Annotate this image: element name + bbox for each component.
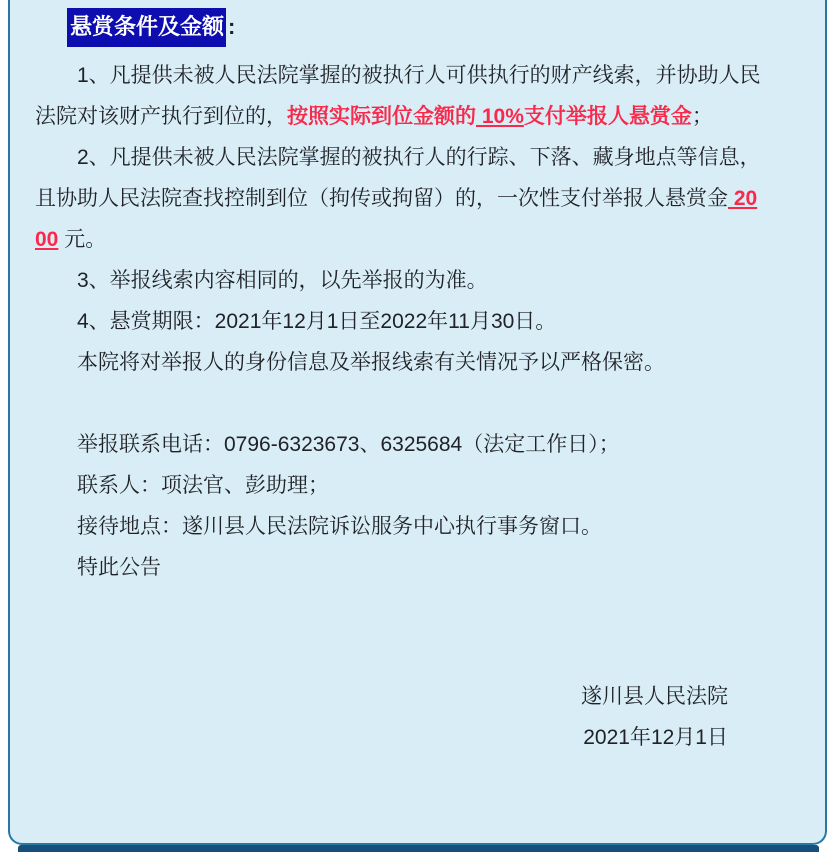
blank-line	[35, 383, 780, 424]
notice-paragraph: 本院将对举报人的身份信息及举报线索有关情况予以严格保密。	[35, 342, 780, 383]
heading-line: 悬赏条件及金额:	[67, 8, 780, 47]
notice-panel: 悬赏条件及金额: 1、凡提供未被人民法院掌握的被执行人可供执行的财产线索，并协助…	[8, 0, 827, 845]
signature-date: 2021年12月1日	[35, 717, 728, 758]
notice-body: 1、凡提供未被人民法院掌握的被执行人可供执行的财产线索，并协助人民法院对该财产执…	[35, 55, 780, 588]
bottom-divider-bar	[18, 845, 819, 852]
signature-block: 遂川县人民法院 2021年12月1日	[35, 676, 780, 758]
reward-highlight-text: 00	[35, 228, 58, 251]
reward-highlight-text: 10%	[476, 105, 524, 128]
text-segment: 联系人：项法官、彭助理；	[77, 474, 329, 497]
notice-paragraph: 举报联系电话：0796-6323673、6325684（法定工作日）；	[35, 424, 780, 465]
text-segment: 4、悬赏期限：2021年12月1日至2022年11月30日。	[77, 310, 556, 333]
notice-paragraph: 1、凡提供未被人民法院掌握的被执行人可供执行的财产线索，并协助人民法院对该财产执…	[35, 55, 780, 137]
text-segment: 3、举报线索内容相同的，以先举报的为准。	[77, 269, 488, 292]
notice-paragraph: 2、凡提供未被人民法院掌握的被执行人的行踪、下落、藏身地点等信息，且协助人民法院…	[35, 137, 780, 260]
notice-paragraph: 4、悬赏期限：2021年12月1日至2022年11月30日。	[35, 301, 780, 342]
text-segment: 本院将对举报人的身份信息及举报线索有关情况予以严格保密。	[77, 351, 665, 374]
notice-paragraph: 特此公告	[35, 547, 780, 588]
text-segment: ；	[692, 105, 713, 128]
notice-paragraph: 接待地点：遂川县人民法院诉讼服务中心执行事务窗口。	[35, 506, 780, 547]
signature-issuer: 遂川县人民法院	[35, 676, 728, 717]
notice-paragraph: 3、举报线索内容相同的，以先举报的为准。	[35, 260, 780, 301]
text-segment: 特此公告	[77, 556, 161, 579]
text-segment: 接待地点：遂川县人民法院诉讼服务中心执行事务窗口。	[77, 515, 602, 538]
text-segment: 2、凡提供未被人民法院掌握的被执行人的行踪、下落、藏身地点等信息，且协助人民法院…	[35, 146, 761, 210]
heading-colon: :	[228, 14, 235, 39]
reward-highlight-text: 按照实际到位金额的	[287, 105, 476, 128]
notice-paragraph: 联系人：项法官、彭助理；	[35, 465, 780, 506]
reward-highlight-text: 支付举报人悬赏金	[524, 105, 692, 128]
text-segment: 举报联系电话：0796-6323673、6325684（法定工作日）；	[77, 433, 620, 456]
text-segment: 元。	[58, 228, 106, 251]
notice-heading: 悬赏条件及金额	[67, 8, 226, 47]
reward-highlight-text: 20	[728, 187, 757, 210]
